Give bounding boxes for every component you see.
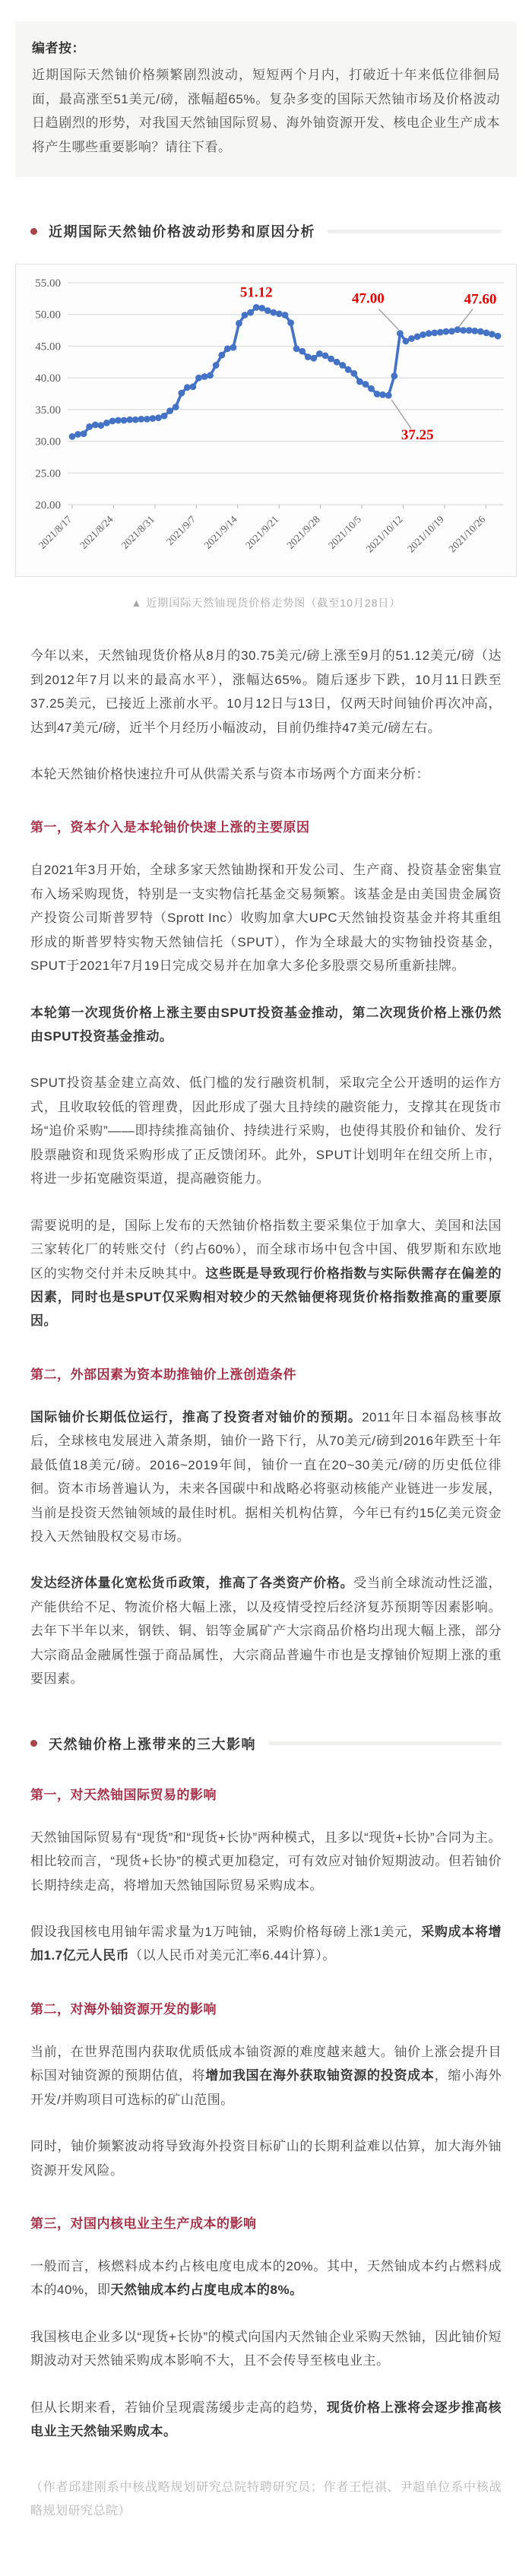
section-title: 天然铀价格上涨带来的三大影响 — [49, 1734, 256, 1754]
body-text: 今年以来，天然铀现货价格从8月的30.75美元/磅上涨至9月的51.12美元/磅… — [30, 648, 502, 734]
sub-heading: 第二，对海外铀资源开发的影响 — [30, 1998, 502, 2017]
paragraph: 天然铀国际贸易有“现货”和“现货+长协”两种模式，且多以“现货+长协”合同为主。… — [30, 1826, 502, 1897]
svg-text:2021/9/28: 2021/9/28 — [284, 514, 321, 551]
body-text: 天然铀国际贸易有“现货”和“现货+长协”两种模式，且多以“现货+长协”合同为主。… — [30, 1830, 502, 1893]
svg-text:47.60: 47.60 — [464, 292, 497, 308]
svg-text:2021/8/17: 2021/8/17 — [36, 514, 74, 551]
editor-note-body: 近期国际天然铀价格频繁剧烈波动，短短两个月内，打破近十年来低位徘徊局面，最高涨至… — [32, 63, 500, 159]
author-note: （作者邱建刚系中核战略规划研究总院特聘研究员；作者王恺祺、尹超单位系中核战略规划… — [30, 2476, 502, 2523]
body-text: 我国核电企业多以“现货+长协”的模式向国内天然铀企业采购天然铀，因此铀价短期波动… — [30, 2330, 502, 2368]
chart-caption: ▲ 近期国际天然铀现货价格走势图（截至10月28日） — [30, 595, 502, 610]
line-chart-canvas: 20.0025.0030.0035.0040.0045.0050.0055.00… — [19, 271, 513, 575]
body-text: 受当前全球流动性泛滥，产能供给不足、物流价格大幅上涨，以及疫情受控后经济复苏预期… — [30, 1576, 502, 1686]
svg-text:2021/9/14: 2021/9/14 — [201, 514, 239, 551]
bold-text: 天然铀成本约占度电成本的8%。 — [111, 2283, 303, 2297]
paragraph: 自2021年3月开始，全球多家天然铀勘探和开发公司、生产商、投资基金密集宣布入场… — [30, 858, 502, 977]
svg-text:47.00: 47.00 — [352, 291, 385, 307]
divider-line — [268, 1741, 502, 1745]
svg-text:35.00: 35.00 — [35, 404, 61, 417]
article-body: 今年以来，天然铀现货价格从8月的30.75美元/磅上涨至9月的51.12美元/磅… — [0, 644, 532, 2523]
svg-text:45.00: 45.00 — [35, 341, 61, 353]
svg-text:2021/10/19: 2021/10/19 — [405, 514, 446, 555]
svg-text:25.00: 25.00 — [35, 467, 61, 480]
paragraph: 今年以来，天然铀现货价格从8月的30.75美元/磅上涨至9月的51.12美元/磅… — [30, 644, 502, 740]
paragraph: 国际铀价长期低位运行，推高了投资者对铀价的预期。2011年日本福岛核事故后，全球… — [30, 1405, 502, 1549]
body-text: 同时，铀价频繁波动将导致海外投资目标矿山的长期利益难以估算，加大海外铀资源开发风… — [30, 2139, 502, 2177]
paragraph: 本轮天然铀价格快速拉升可从供需关系与资本市场两个方面来分析： — [30, 762, 502, 786]
paragraph: 但从长期来看，若铀价呈现震荡缓步走高的趋势，现货价格上涨将会逐步推高核电业主天然… — [30, 2396, 502, 2444]
svg-text:2021/10/26: 2021/10/26 — [446, 514, 487, 555]
body-text: 假设我国核电用铀年需求量为1万吨铀，采购价格每磅上涨1美元， — [30, 1925, 421, 1939]
editor-note-box: 编者按： 近期国际天然铀价格频繁剧烈波动，短短两个月内，打破近十年来低位徘徊局面… — [15, 21, 517, 177]
svg-text:2021/10/12: 2021/10/12 — [364, 514, 405, 555]
paragraph: 当前，在世界范围内获取优质低成本铀资源的难度越来越大。铀价上涨会提升目标国对铀资… — [30, 2040, 502, 2112]
svg-text:20.00: 20.00 — [35, 499, 61, 512]
bold-text: 国际铀价长期低位运行，推高了投资者对铀价的预期。 — [30, 1410, 362, 1424]
bold-text: 发达经济体量化宽松货币政策，推高了各类资产价格。 — [30, 1576, 353, 1590]
paragraph: 同时，铀价频繁波动将导致海外投资目标矿山的长期利益难以估算，加大海外铀资源开发风… — [30, 2134, 502, 2182]
svg-text:50.00: 50.00 — [35, 309, 61, 322]
svg-text:55.00: 55.00 — [35, 277, 61, 290]
paragraph: SPUT投资基金建立高效、低门槛的发行融资机制，采取完全公开透明的运作方式，且收… — [30, 1071, 502, 1190]
section-heading: 近期国际天然铀价格波动形势和原因分析 — [30, 221, 502, 241]
svg-text:2021/8/31: 2021/8/31 — [119, 514, 157, 551]
body-text: （以人民币对美元汇率6.44计算）。 — [129, 1948, 336, 1963]
editor-note-title: 编者按： — [32, 36, 500, 60]
svg-text:51.12: 51.12 — [240, 285, 273, 301]
paragraph: 需要说明的是，国际上发布的天然铀价格指数主要采集位于加拿大、美国和法国三家转化厂… — [30, 1214, 502, 1333]
body-text: 本轮天然铀价格快速拉升可从供需关系与资本市场两个方面来分析： — [30, 767, 429, 781]
paragraph: 我国核电企业多以“现货+长协”的模式向国内天然铀企业采购天然铀，因此铀价短期波动… — [30, 2325, 502, 2373]
bold-text: 本轮第一次现货价格上涨主要由SPUT投资基金推动，第二次现货价格上涨仍然由SPU… — [30, 1006, 502, 1044]
bullet-dot-icon — [30, 228, 37, 235]
section-title: 近期国际天然铀价格波动形势和原因分析 — [49, 221, 315, 241]
paragraph: 假设我国核电用铀年需求量为1万吨铀，采购价格每磅上涨1美元，采购成本将增加1.7… — [30, 1920, 502, 1968]
body-text: SPUT投资基金建立高效、低门槛的发行融资机制，采取完全公开透明的运作方式，且收… — [30, 1076, 502, 1186]
sub-heading: 第三，对国内核电业主生产成本的影响 — [30, 2213, 502, 2232]
section-heading: 天然铀价格上涨带来的三大影响 — [30, 1734, 502, 1754]
paragraph: 一般而言，核燃料成本约占核电度电成本的20%。其中，天然铀成本约占燃料成本的40… — [30, 2254, 502, 2302]
sub-heading: 第一，资本介入是本轮铀价快速上涨的主要原因 — [30, 816, 502, 835]
bullet-dot-icon — [30, 1740, 37, 1747]
svg-text:2021/8/24: 2021/8/24 — [78, 514, 115, 551]
svg-text:2021/10/5: 2021/10/5 — [326, 514, 363, 551]
svg-text:40.00: 40.00 — [35, 372, 61, 385]
body-text: （作者邱建刚系中核战略规划研究总院特聘研究员；作者王恺祺、尹超单位系中核战略规划… — [30, 2481, 502, 2517]
svg-text:37.25: 37.25 — [401, 427, 434, 443]
body-text: 2011年日本福岛核事故后，全球核电发展进入萧条期，铀价一路下行，从70美元/磅… — [30, 1410, 502, 1544]
sub-heading: 第二，外部因素为资本助推铀价上涨创造条件 — [30, 1364, 502, 1383]
svg-text:2021/9/7: 2021/9/7 — [164, 514, 198, 548]
sub-heading: 第一，对天然铀国际贸易的影响 — [30, 1784, 502, 1803]
uranium-price-chart: 20.0025.0030.0035.0040.0045.0050.0055.00… — [15, 264, 517, 577]
paragraph: 发达经济体量化宽松货币政策，推高了各类资产价格。受当前全球流动性泛滥，产能供给不… — [30, 1571, 502, 1690]
bold-text: 增加我国在海外获取铀资源的投资成本 — [205, 2068, 434, 2083]
body-text: 自2021年3月开始，全球多家天然铀勘探和开发公司、生产商、投资基金密集宣布入场… — [30, 863, 502, 973]
divider-line — [328, 230, 502, 233]
svg-text:2021/9/21: 2021/9/21 — [243, 514, 280, 551]
article-page: 编者按： 近期国际天然铀价格频繁剧烈波动，短短两个月内，打破近十年来低位徘徊局面… — [0, 0, 532, 2576]
svg-text:30.00: 30.00 — [35, 436, 61, 448]
paragraph: 本轮第一次现货价格上涨主要由SPUT投资基金推动，第二次现货价格上涨仍然由SPU… — [30, 1001, 502, 1049]
body-text: 但从长期来看，若铀价呈现震荡缓步走高的趋势， — [30, 2400, 327, 2415]
